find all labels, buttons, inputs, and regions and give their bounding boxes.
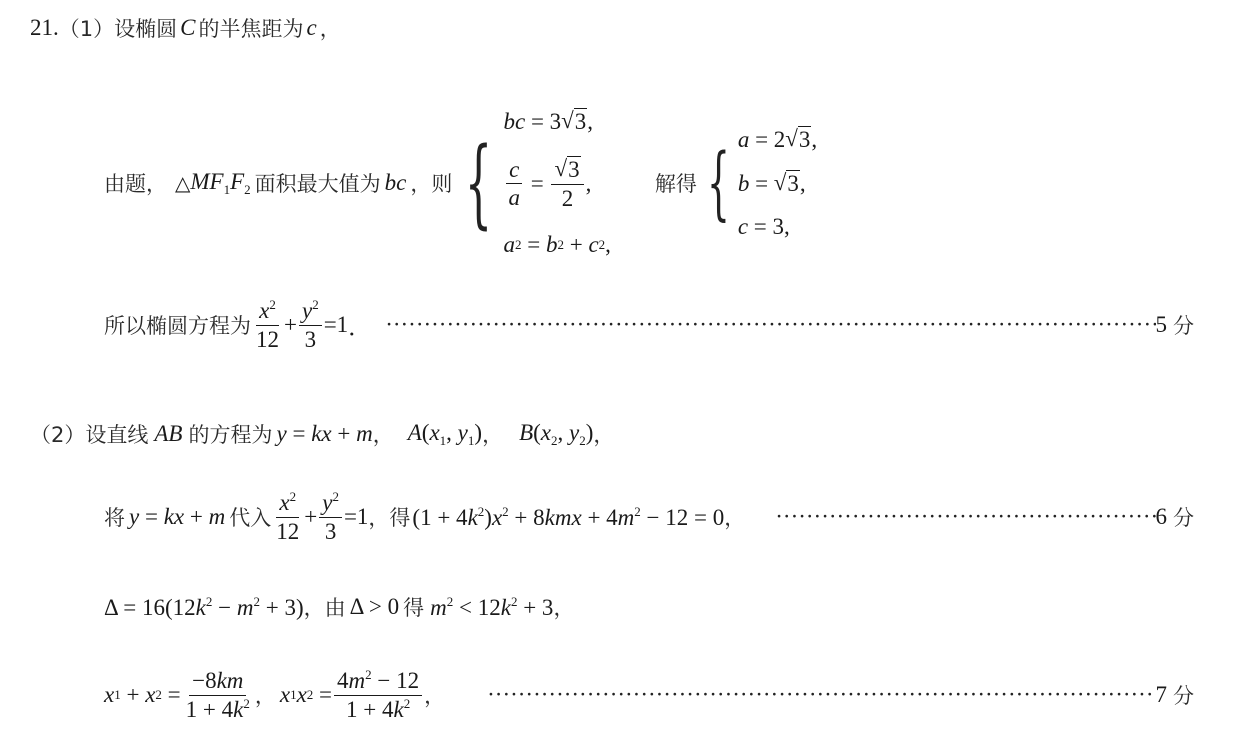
intro-text: 设椭圆 [114,13,177,43]
system2-row-1: a = 2√3, [738,126,817,153]
score-5: 5分 [1156,310,1195,340]
conclusion-line: 所以椭圆方程为 x212 + y23 =1 ． ················… [104,285,1194,365]
line-text-2: 的方程为 [188,419,272,449]
discriminant: Δ = 16(12k2 − m2 + 3) [104,594,304,621]
var-AB: AB [154,421,182,447]
quadratic-equation: (1 + 4k2)x2 + 8kmx + 4m2 − 12 = 0 [412,504,724,531]
part1-label: （1） [59,13,114,43]
triangle-MF1F2: MF1F2 [190,169,250,198]
line-text-2: 得 [403,592,424,622]
part1-heading: 21. （1） 设椭圆 C 的半焦距为 c ， [30,8,341,48]
line-text: 将 [104,502,125,532]
condition-text-2: 面积最大值为 [255,168,381,198]
line-equation: y = kx + m [276,421,372,447]
inequality: m2 < 12k2 + 3 [430,594,553,621]
score-7: 7分 [1156,680,1195,710]
period: ． [348,309,371,342]
line-equation: y = kx + m [129,504,225,530]
score-leader-dots: ········································… [487,682,1155,708]
condition: Δ > 0 [350,594,400,620]
line-text-3: ，得 [368,502,410,532]
var-c: c [306,15,316,41]
punct: ， [373,419,394,449]
system1-row-3: a2 = b2 + c2, [503,232,610,258]
condition-text: 由题， [104,168,167,198]
discriminant-line: Δ = 16(12k2 − m2 + 3) ，由 Δ > 0 得 m2 < 12… [104,585,574,629]
sum-of-roots: x1 + x2 = −8km1 + 4k2 [104,668,255,722]
left-brace-icon: { [707,143,730,223]
left-brace-icon: { [465,135,492,231]
punct: ， [255,680,276,710]
var-C: C [180,15,195,41]
ellipse-equation: x212 + y23 =1 [271,490,368,544]
punct: ， [553,592,574,622]
score-leader-dots: ········································… [385,312,1155,338]
part2-label: （2） [30,419,85,449]
triangle-symbol: △ [175,171,190,195]
system1-row-1: bc = 3√3, [503,108,610,135]
part2-heading: （2） 设直线 AB 的方程为 y = kx + m ， A(x1, y1) ，… [30,412,614,456]
equation-system-1: { bc = 3√3, ca = √32, a2 = b2 + c2, [456,98,611,268]
vieta-line: x1 + x2 = −8km1 + 4k2 ， x1x2 = 4m2 − 121… [104,655,1194,735]
ellipse-equation: x212 + y23 =1 [251,298,348,352]
score-leader-dots: ········································… [775,504,1155,530]
point-A: A(x1, y1) [408,420,482,449]
punct: ， [593,419,614,449]
system1-row-2: ca = √32, [503,156,610,212]
intro-text-2: 的半焦距为 [198,13,303,43]
condition-line: 由题， △ MF1F2 面积最大值为 bc ，则 { bc = 3√3, ca … [104,88,817,278]
punct: ， [424,680,445,710]
conclusion-text: 所以椭圆方程为 [104,310,251,340]
line-text: ，由 [304,592,346,622]
system2-row-3: c = 3, [738,214,817,240]
punct: ， [482,419,503,449]
point-B: B(x2, y2) [519,420,593,449]
system2-row-2: b = √3, [738,170,817,197]
score-6: 6分 [1156,502,1195,532]
solve-label: 解得 [655,168,697,198]
condition-text-3: ，则 [410,168,452,198]
problem-number: 21. [30,15,59,41]
substitution-line: 将 y = kx + m 代入 x212 + y23 =1 ，得 (1 + 4k… [104,477,1194,557]
punct: ， [724,502,745,532]
line-text: 设直线 [85,419,148,449]
line-text-2: 代入 [229,502,271,532]
punct: ， [320,13,341,43]
product-of-roots: x1x2 = 4m2 − 121 + 4k2 [280,668,424,722]
equation-system-2: { a = 2√3, b = √3, c = 3, [701,118,817,248]
var-bc: bc [385,170,407,196]
